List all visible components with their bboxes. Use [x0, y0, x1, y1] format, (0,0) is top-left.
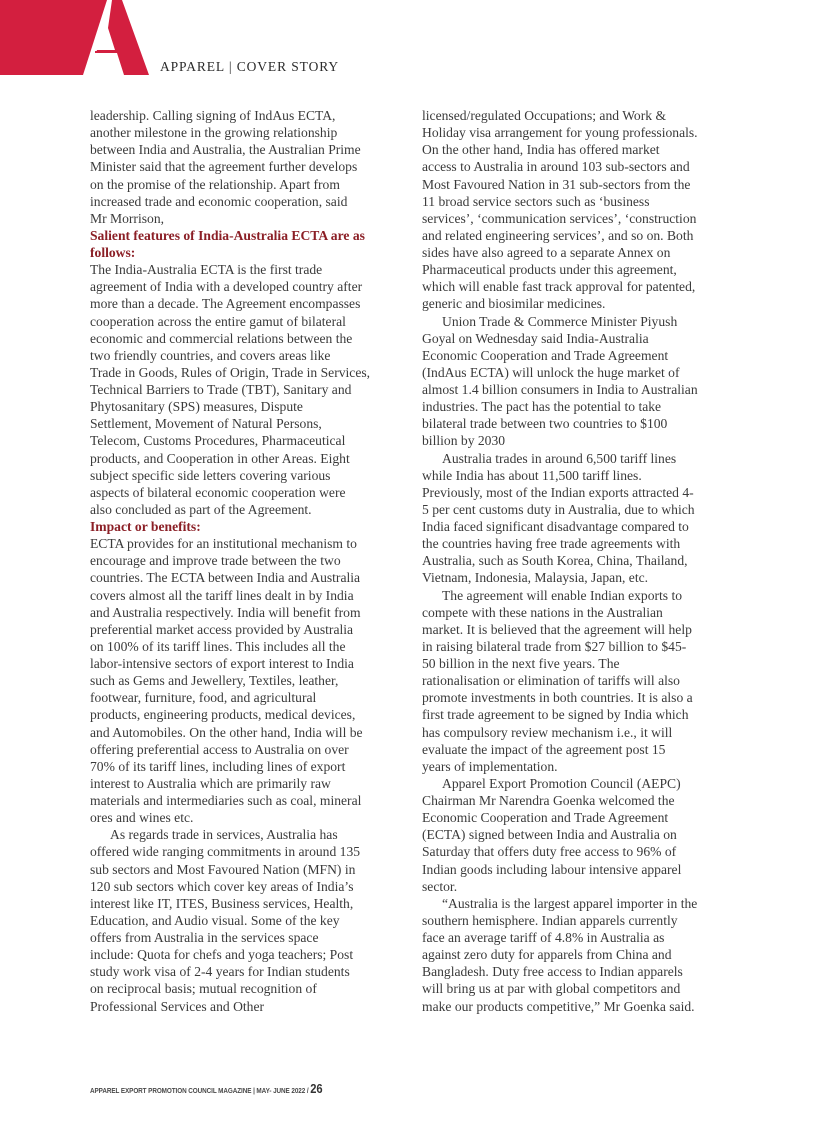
text-line: Bangladesh. Duty free access to Indian a…: [422, 963, 740, 980]
text-line: which will enable fast track approval fo…: [422, 278, 740, 295]
text-line: 70% of its tariff lines, including lines…: [90, 758, 408, 775]
text-line: Chairman Mr Narendra Goenka welcomed the: [422, 792, 740, 809]
text-line: Apparel Export Promotion Council (AEPC): [422, 775, 740, 792]
text-line: study work visa of 2-4 years for Indian …: [90, 963, 408, 980]
text-line: interest to Australia which are primaril…: [90, 775, 408, 792]
text-line: on the promise of the relationship. Apar…: [90, 176, 408, 193]
text-line: 120 sub sectors which cover key areas of…: [90, 878, 408, 895]
text-line: aspects of bilateral economic cooperatio…: [90, 484, 408, 501]
text-line: and related engineering services’, and s…: [422, 227, 740, 244]
text-line: against zero duty for apparels from Chin…: [422, 946, 740, 963]
text-line: leadership. Calling signing of IndAus EC…: [90, 107, 408, 124]
text-line: (IndAus ECTA) will unlock the huge marke…: [422, 364, 740, 381]
text-line: sides have also agreed to a separate Ann…: [422, 244, 740, 261]
text-line: will bring us at par with global competi…: [422, 980, 740, 997]
text-line: generic and biosimilar medicines.: [422, 295, 740, 312]
text-line: Salient features of India-Australia ECTA…: [90, 227, 408, 244]
text-line: include: Quota for chefs and yoga teache…: [90, 946, 408, 963]
text-line: sub sectors and Most Favoured Nation (MF…: [90, 861, 408, 878]
text-line: Most Favoured Nation in 31 sub-sectors f…: [422, 176, 740, 193]
text-line: such as Gems and Jewellery, Textiles, le…: [90, 672, 408, 689]
text-line: bilateral trade between two countries to…: [422, 415, 740, 432]
text-line: also concluded as part of the Agreement.: [90, 501, 408, 518]
text-line: Goyal on Wednesday said India-Australia: [422, 330, 740, 347]
text-line: products, engineering products, medical …: [90, 706, 408, 723]
text-line: Phytosanitary (SPS) measures, Dispute: [90, 398, 408, 415]
paragraph: licensed/regulated Occupations; and Work…: [422, 107, 740, 313]
text-line: follows:: [90, 244, 408, 261]
text-line: make our products competitive,” Mr Goenk…: [422, 998, 740, 1015]
paragraph: As regards trade in services, Australia …: [90, 826, 408, 1014]
text-line: India faced significant disadvantage com…: [422, 518, 740, 535]
text-line: on 100% of its tariff lines. This includ…: [90, 638, 408, 655]
text-line: Previously, most of the Indian exports a…: [422, 484, 740, 501]
text-line: products, and Cooperation in other Areas…: [90, 450, 408, 467]
text-line: As regards trade in services, Australia …: [90, 826, 408, 843]
text-line: Australia trades in around 6,500 tariff …: [422, 450, 740, 467]
text-line: Vietnam, Indonesia, Malaysia, Japan, etc…: [422, 569, 740, 586]
text-line: offers from Australia in the services sp…: [90, 929, 408, 946]
text-line: ores and wines etc.: [90, 809, 408, 826]
paragraph: Australia trades in around 6,500 tariff …: [422, 450, 740, 587]
text-line: Economic Cooperation and Trade Agreement: [422, 809, 740, 826]
text-line: two friendly countries, and covers areas…: [90, 347, 408, 364]
article-column-left: leadership. Calling signing of IndAus EC…: [90, 107, 408, 1015]
text-line: the countries having free trade agreemen…: [422, 535, 740, 552]
text-line: in raising bilateral trade from $27 bill…: [422, 638, 740, 655]
text-line: evaluate the impact of the agreement pos…: [422, 741, 740, 758]
text-line: 11 broad service sectors such as ‘busine…: [422, 193, 740, 210]
paragraph: The India-Australia ECTA is the first tr…: [90, 261, 408, 518]
text-line: first trade agreement to be signed by In…: [422, 706, 740, 723]
text-line: Technical Barriers to Trade (TBT), Sanit…: [90, 381, 408, 398]
text-line: another milestone in the growing relatio…: [90, 124, 408, 141]
paragraph: The agreement will enable Indian exports…: [422, 587, 740, 775]
text-line: sector.: [422, 878, 740, 895]
text-line: market. It is believed that the agreemen…: [422, 621, 740, 638]
text-line: billion by 2030: [422, 432, 740, 449]
text-line: almost 1.4 billion consumers in India to…: [422, 381, 740, 398]
paragraph: ECTA provides for an institutional mecha…: [90, 535, 408, 826]
text-line: preferential market access provided by A…: [90, 621, 408, 638]
text-line: The agreement will enable Indian exports…: [422, 587, 740, 604]
text-line: Mr Morrison,: [90, 210, 408, 227]
text-line: licensed/regulated Occupations; and Work…: [422, 107, 740, 124]
text-line: Impact or benefits:: [90, 518, 408, 535]
text-line: compete with these nations in the Austra…: [422, 604, 740, 621]
text-line: subject specific side letters covering v…: [90, 467, 408, 484]
text-line: Union Trade & Commerce Minister Piyush: [422, 313, 740, 330]
paragraph: leadership. Calling signing of IndAus EC…: [90, 107, 408, 227]
text-line: economic and commercial relations betwee…: [90, 330, 408, 347]
text-line: footwear, furniture, food, and agricultu…: [90, 689, 408, 706]
paragraph: Apparel Export Promotion Council (AEPC)C…: [422, 775, 740, 895]
text-line: Settlement, Movement of Natural Persons,: [90, 415, 408, 432]
text-line: labor-intensive sectors of export intere…: [90, 655, 408, 672]
text-line: and Australia respectively. India will b…: [90, 604, 408, 621]
magazine-logo-a-icon: [0, 0, 160, 78]
text-line: and Automobiles. On the other hand, Indi…: [90, 724, 408, 741]
text-line: encourage and improve trade between the …: [90, 552, 408, 569]
text-line: Indian goods including labour intensive …: [422, 861, 740, 878]
text-line: interest like IT, ITES, Business service…: [90, 895, 408, 912]
text-line: covers almost all the tariff lines dealt…: [90, 587, 408, 604]
text-line: offering preferential access to Australi…: [90, 741, 408, 758]
text-line: Australia, such as South Korea, China, T…: [422, 552, 740, 569]
text-line: Holiday visa arrangement for young profe…: [422, 124, 740, 141]
text-line: agreement of India with a developed coun…: [90, 278, 408, 295]
text-line: Education, and Audio visual. Some of the…: [90, 912, 408, 929]
text-line: Minister said that the agreement further…: [90, 158, 408, 175]
text-line: 5 per cent customs duty in Australia, du…: [422, 501, 740, 518]
paragraph: “Australia is the largest apparel import…: [422, 895, 740, 1015]
text-line: while India has about 11,500 tariff line…: [422, 467, 740, 484]
footer-publication: APPAREL EXPORT PROMOTION COUNCIL MAGAZIN…: [90, 1086, 305, 1095]
text-line: industries. The pact has the potential t…: [422, 398, 740, 415]
text-line: more than a decade. The Agreement encomp…: [90, 295, 408, 312]
text-line: Saturday that offers duty free access to…: [422, 843, 740, 860]
subheading-impact-benefits: Impact or benefits:: [90, 518, 408, 535]
text-line: materials and intermediaries such as coa…: [90, 792, 408, 809]
text-line: rationalisation or elimination of tariff…: [422, 672, 740, 689]
text-line: Economic Cooperation and Trade Agreement: [422, 347, 740, 364]
text-line: Pharmaceutical products under this agree…: [422, 261, 740, 278]
text-line: southern hemisphere. Indian apparels cur…: [422, 912, 740, 929]
text-line: 50 billion in the next five years. The: [422, 655, 740, 672]
paragraph: Union Trade & Commerce Minister PiyushGo…: [422, 313, 740, 450]
section-label: APPAREL | COVER STORY: [160, 59, 339, 75]
text-line: Professional Services and Other: [90, 998, 408, 1015]
text-line: between India and Australia, the Austral…: [90, 141, 408, 158]
text-line: has compulsory review mechanism i.e., it…: [422, 724, 740, 741]
text-line: The India-Australia ECTA is the first tr…: [90, 261, 408, 278]
text-line: (ECTA) signed between India and Australi…: [422, 826, 740, 843]
text-line: Trade in Goods, Rules of Origin, Trade i…: [90, 364, 408, 381]
text-line: services’, ‘communication services’, ‘co…: [422, 210, 740, 227]
text-line: “Australia is the largest apparel import…: [422, 895, 740, 912]
page-number: 26: [310, 1081, 322, 1096]
text-line: Telecom, Customs Procedures, Pharmaceuti…: [90, 432, 408, 449]
subheading-salient-features: Salient features of India-Australia ECTA…: [90, 227, 408, 261]
text-line: offered wide ranging commitments in arou…: [90, 843, 408, 860]
text-line: On the other hand, India has offered mar…: [422, 141, 740, 158]
text-line: ECTA provides for an institutional mecha…: [90, 535, 408, 552]
text-line: on reciprocal basis; mutual recognition …: [90, 980, 408, 997]
text-line: increased trade and economic cooperation…: [90, 193, 408, 210]
page-footer: APPAREL EXPORT PROMOTION COUNCIL MAGAZIN…: [90, 1081, 322, 1096]
text-line: cooperation across the entire gamut of b…: [90, 313, 408, 330]
text-line: promote investments in both countries. I…: [422, 689, 740, 706]
text-line: face an average tariff of 4.8% in Austra…: [422, 929, 740, 946]
article-column-right: licensed/regulated Occupations; and Work…: [422, 107, 740, 1015]
text-line: access to Australia in around 103 sub-se…: [422, 158, 740, 175]
text-line: years of implementation.: [422, 758, 740, 775]
text-line: countries. The ECTA between India and Au…: [90, 569, 408, 586]
